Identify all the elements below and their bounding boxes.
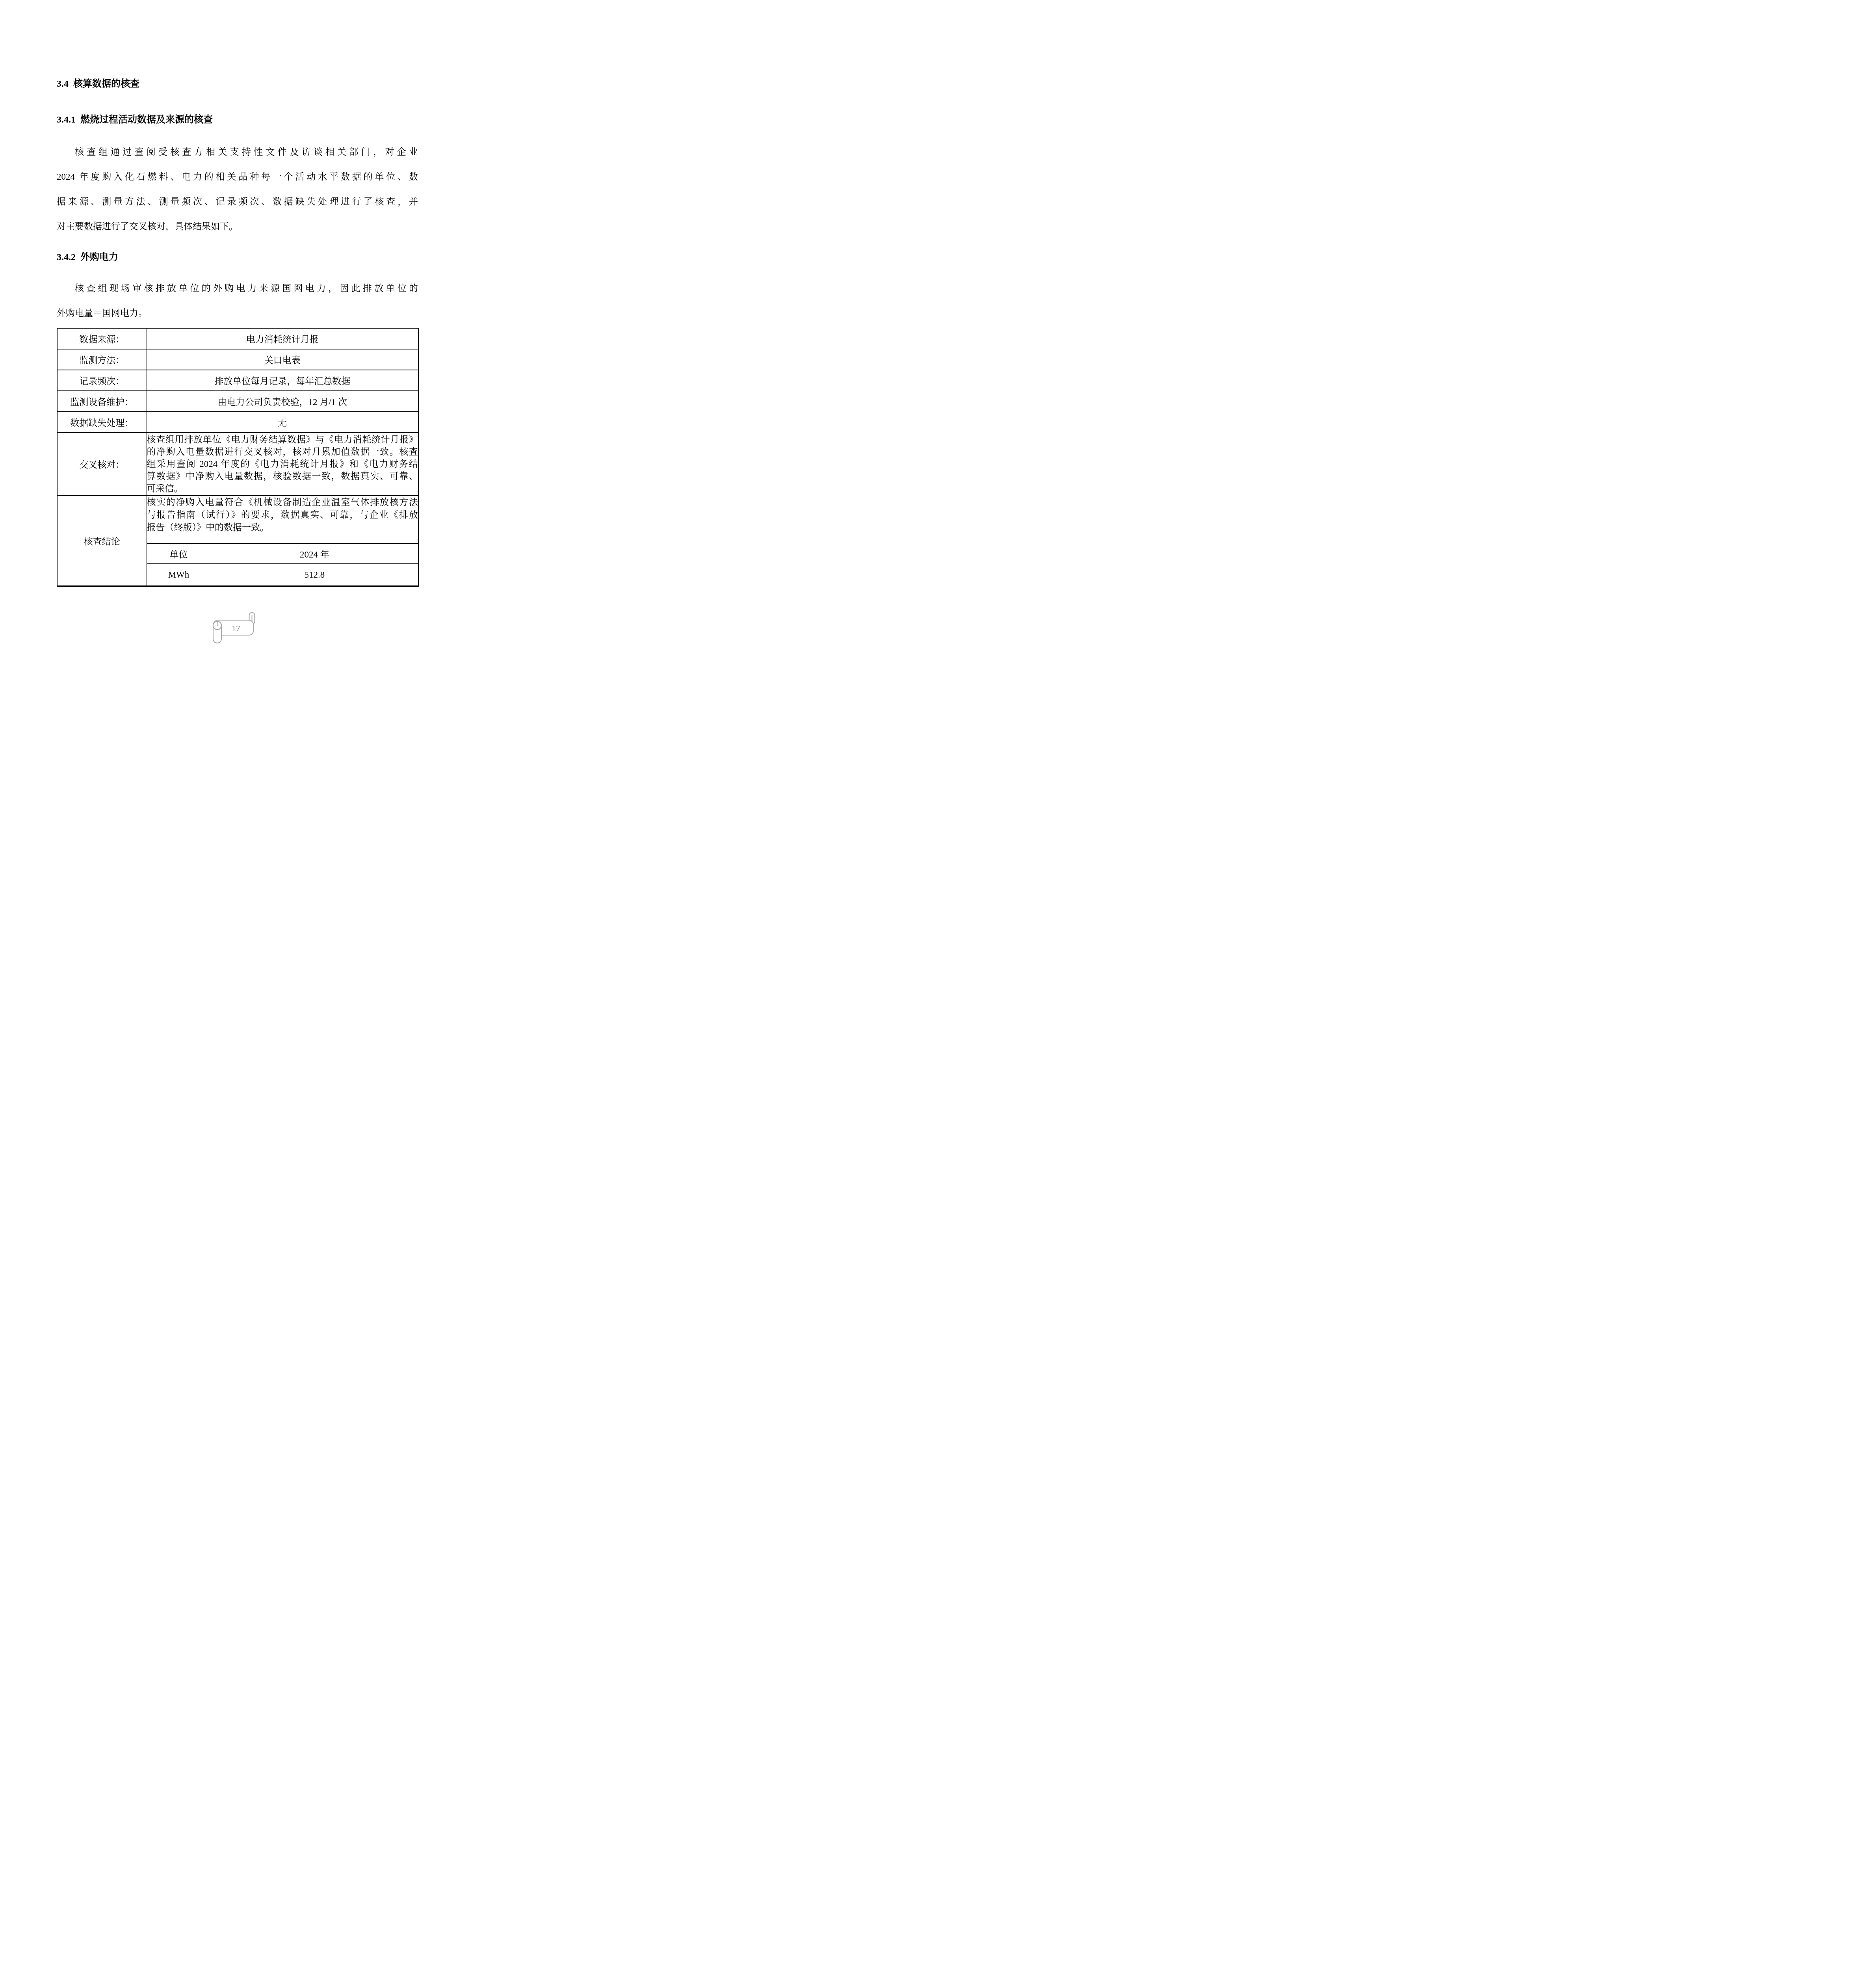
table-row-conclusion: 核查结论 核实的净购入电量符合《机械设备制造企业温室气体排放核方法 与报告指南（… <box>57 495 418 543</box>
paragraph-line: 外购电量＝国网电力。 <box>57 301 418 325</box>
heading-3-4-2: 3.4.2 外购电力 <box>57 252 418 262</box>
year-value-cell: 512.8 <box>211 564 418 586</box>
verification-table: 数据来源： 电力消耗统计月报 监测方法： 关口电表 记录频次： 排放单位每月记录… <box>57 328 419 587</box>
cell-line: 核查组用排放单位《电力财务结算数据》与《电力消耗统计月报》 <box>147 433 418 446</box>
table-row: 数据缺失处理： 无 <box>57 412 418 433</box>
heading-3-4-1: 3.4.1 燃烧过程活动数据及来源的核查 <box>57 115 418 125</box>
page-footer: 17 <box>212 612 256 644</box>
heading-3-4: 3.4 核算数据的核查 <box>57 0 418 89</box>
row-value: 由电力公司负责校验，12 月/1 次 <box>147 391 418 412</box>
table-row-cross-check: 交叉核对： 核查组用排放单位《电力财务结算数据》与《电力消耗统计月报》 的净购入… <box>57 433 418 495</box>
paragraph-2: 核查组现场审核排放单位的外购电力来源国网电力，因此排放单位的 外购电量＝国网电力… <box>57 276 418 325</box>
scroll-icon: 17 <box>212 612 256 644</box>
page-number: 17 <box>232 623 240 633</box>
paragraph-1: 核查组通过查阅受核查方相关支持性文件及访谈相关部门，对企业 2024 年度购入化… <box>57 139 418 239</box>
cross-check-cell: 核查组用排放单位《电力财务结算数据》与《电力消耗统计月报》 的净购入电量数据进行… <box>147 433 418 495</box>
paragraph-line: 对主要数据进行了交叉核对，具体结果如下。 <box>57 214 418 239</box>
row-value: 无 <box>147 412 418 433</box>
table-row: 数据来源： 电力消耗统计月报 <box>57 328 418 349</box>
cell-line: 组采用查阅 2024 年度的《电力消耗统计月报》和《电力财务结 <box>147 458 418 470</box>
conclusion-cell: 核实的净购入电量符合《机械设备制造企业温室气体排放核方法 与报告指南（试行）》的… <box>147 495 418 543</box>
table-row: 监测方法： 关口电表 <box>57 349 418 370</box>
row-label: 数据来源： <box>57 328 147 349</box>
cell-line: 的净购入电量数据进行交叉核对，核对月累加值数据一致。核查 <box>147 446 418 458</box>
paragraph-line: 2024 年度购入化石燃料、电力的相关品种每一个活动水平数据的单位、数 <box>57 164 418 189</box>
year-header-cell: 2024 年 <box>211 543 418 564</box>
row-label: 监测方法： <box>57 349 147 370</box>
row-value: 排放单位每月记录，每年汇总数据 <box>147 370 418 391</box>
cell-line: 报告（终版）》中的数据一致。 <box>147 521 418 534</box>
cell-line: 算数据》中净购入电量数据，核验数据一致，数据真实、可靠、 <box>147 470 418 482</box>
row-label: 核查结论 <box>57 495 147 586</box>
document-page: 3.4 核算数据的核查 3.4.1 燃烧过程活动数据及来源的核查 核查组通过查阅… <box>0 0 469 663</box>
cell-line: 核实的净购入电量符合《机械设备制造企业温室气体排放核方法 <box>147 496 418 509</box>
cell-line: 与报告指南（试行）》的要求，数据真实、可靠，与企业《排放 <box>147 509 418 521</box>
paragraph-line: 核查组通过查阅受核查方相关支持性文件及访谈相关部门，对企业 <box>57 139 418 164</box>
row-label: 记录频次： <box>57 370 147 391</box>
table-row: 监测设备维护： 由电力公司负责校验，12 月/1 次 <box>57 391 418 412</box>
row-label: 交叉核对： <box>57 433 147 495</box>
table-row: 记录频次： 排放单位每月记录，每年汇总数据 <box>57 370 418 391</box>
paragraph-line: 核查组现场审核排放单位的外购电力来源国网电力，因此排放单位的 <box>57 276 418 301</box>
cell-line: 可采信。 <box>147 482 418 494</box>
unit-value-cell: MWh <box>147 564 211 586</box>
row-label: 数据缺失处理： <box>57 412 147 433</box>
row-value: 电力消耗统计月报 <box>147 328 418 349</box>
row-value: 关口电表 <box>147 349 418 370</box>
paragraph-line: 据来源、测量方法、测量频次、记录频次、数据缺失处理进行了核查，并 <box>57 189 418 214</box>
row-label: 监测设备维护： <box>57 391 147 412</box>
unit-header-cell: 单位 <box>147 543 211 564</box>
